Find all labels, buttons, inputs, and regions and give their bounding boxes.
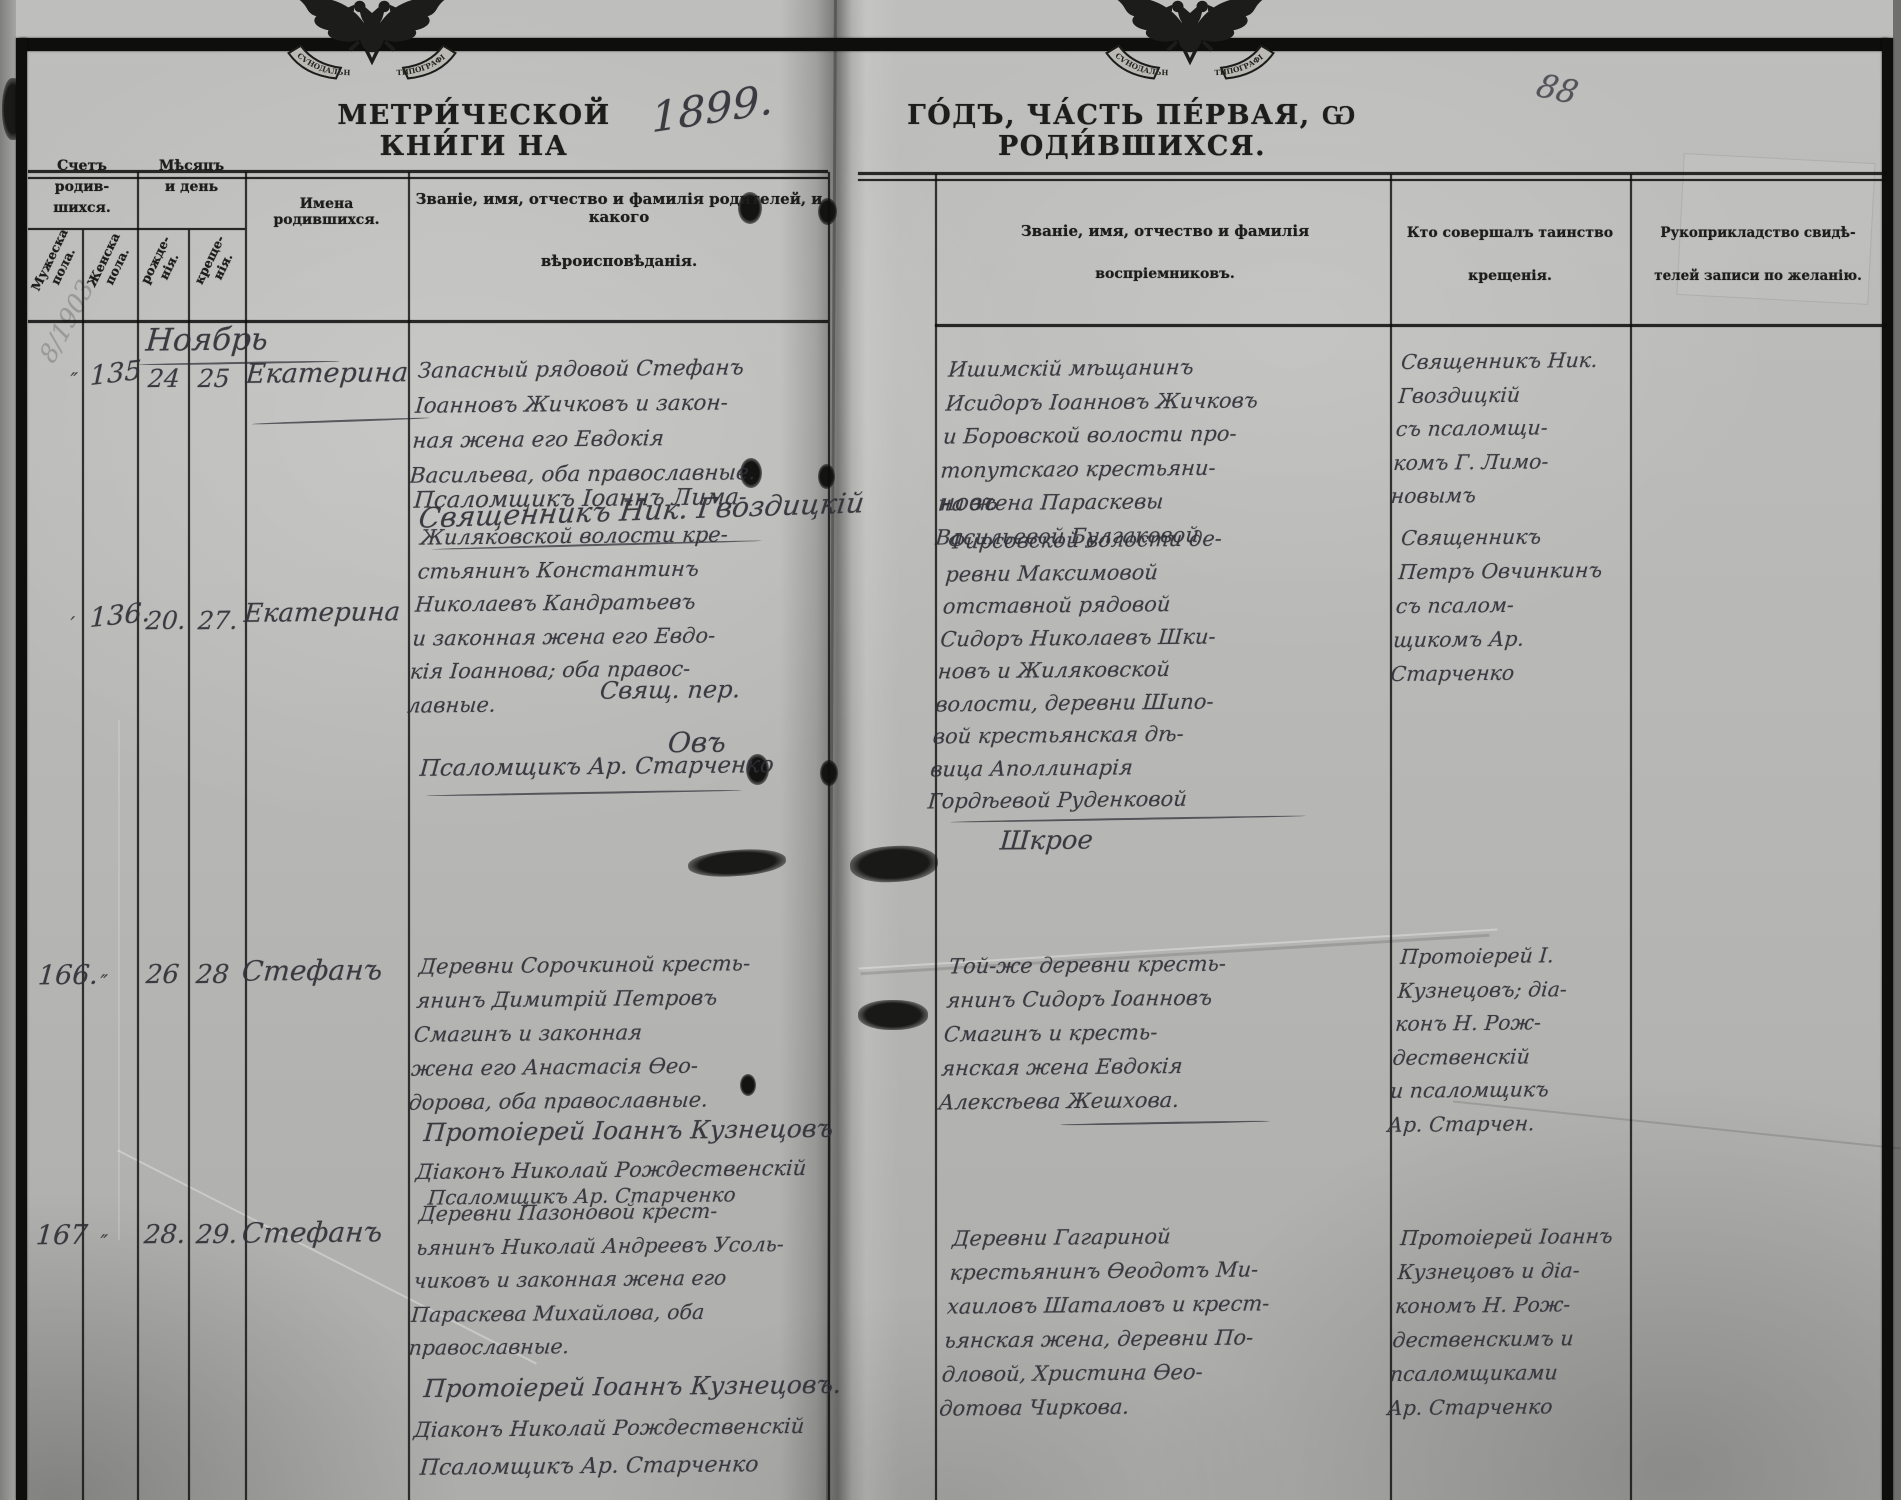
year-handwritten: 1899. [651, 75, 773, 142]
column-rule [1630, 174, 1632, 1500]
header-bottom-rule [935, 324, 1886, 327]
ink-tear [687, 847, 787, 880]
child-name: Стефанъ [241, 953, 384, 987]
male-count: ″ [69, 368, 78, 392]
day-born: 20. [145, 606, 187, 635]
scan-edge-left [0, 0, 16, 1500]
female-count: ″ [99, 970, 108, 994]
header-count-female: Женска пола. [80, 222, 140, 303]
male-count: 167 [35, 1220, 89, 1252]
godparents-flourish [1060, 1120, 1270, 1126]
column-rule [82, 230, 84, 1500]
page-title-right: ГО́ДЪ, ЧА́СТЬ ПЕ́РВАЯ, Ѡ РОДИ́ВШИХСЯ. [818, 100, 1446, 162]
scan-edge-right [1893, 0, 1901, 1500]
header-day-born: рожде- нія. [133, 224, 192, 302]
day-baptized: 25 [197, 364, 231, 393]
table-top-rule [858, 172, 1886, 175]
day-baptized: 27. [197, 606, 239, 635]
paper-crease [118, 720, 120, 1240]
day-born: 26 [145, 960, 180, 990]
parents-entry: Запасный рядовой Стефанъ Іоанновъ Жичков… [408, 350, 765, 494]
day-born: 28. [143, 1220, 187, 1250]
page-title-left: МЕТРИ́ЧЕСКОЙ КНИ́ГИ НА [288, 100, 660, 162]
clergy-signature: Протоіерей Іоаннъ Кузнецовъ. [423, 1370, 843, 1403]
header-godparents-line2: воспріемниковъ. [940, 266, 1390, 282]
column-rule [188, 230, 190, 1500]
clergy-signature-2: Діаконъ Николай Рождественскій [415, 1156, 807, 1184]
column-rule [408, 172, 410, 1500]
left-page-edge-rule [828, 172, 830, 1500]
godparents-entry: Фирсовской волости де- ревни Максимовой … [927, 523, 1228, 818]
name-flourish [252, 417, 430, 425]
officiant-entry: Протоіерей Іоаннъ Кузнецовъ и діа- коном… [1386, 1219, 1614, 1425]
female-count: 135 [89, 355, 142, 392]
header-officiant-line1: Кто совершалъ таинство [1392, 225, 1628, 241]
officiant-entry: Протоіерей І. Кузнецовъ; діа- конъ Н. Ро… [1386, 939, 1571, 1142]
table-top-rule-2 [858, 179, 1886, 181]
godparents-continuation: новъ [939, 490, 999, 517]
metrical-book-scan: СѴНОДАЛЬНОЙ ТИПОГРАФІИ СѴНОДАЛЬНОЙ ТИПОГ… [0, 0, 1901, 1500]
officiant-entry: Священникъ Петръ Овчинкинъ съ псалом- щи… [1389, 519, 1606, 691]
header-witness-line1: Рукоприкладство свидѣ- [1633, 225, 1883, 241]
parents-entry: Деревни Сорочкиной кресть- янинъ Димитрі… [407, 946, 751, 1119]
synodal-printing-house-eagle-icon: СѴНОДАЛЬНОЙ ТИПОГРАФІИ [1100, 0, 1280, 112]
right-page-edge-rule [935, 174, 937, 1500]
header-witness-line2: телей записи по желанію. [1633, 268, 1883, 284]
binding-hole [818, 464, 835, 489]
female-count: 136. [89, 597, 151, 634]
child-name: Екатерина [245, 357, 410, 390]
header-names: Имена родившихся. [245, 196, 408, 228]
day-born: 24 [147, 364, 181, 393]
folio-number: 88 [1532, 66, 1583, 112]
day-baptized: 28 [195, 960, 230, 990]
child-name: Екатерина [243, 597, 402, 629]
clergy-signature-3: Псаломщикъ Ар. Старченко [419, 1452, 760, 1481]
clergy-signature: Протоіерей Іоаннъ Кузнецовъ [423, 1114, 835, 1147]
signature-flourish [426, 789, 742, 797]
male-count: ′ [69, 612, 75, 636]
godparents-entry: Той-же деревни кресть- янинъ Сидоръ Іоан… [937, 947, 1227, 1120]
clergy-signature-3: Псаломщикъ Ар. Старченко [419, 752, 775, 782]
header-parents-line1: Званіе, имя, отчество и фамилія родителе… [410, 190, 828, 226]
header-count-group: Счетъ родив- шихся. [28, 156, 136, 219]
header-day-baptized: креще- нія. [187, 224, 246, 302]
month-heading: Ноябрь [145, 321, 270, 358]
header-month-group: Мѣсяцъ и день [139, 156, 244, 198]
child-name: Стефанъ [241, 1215, 384, 1249]
synodal-printing-house-eagle-icon: СѴНОДАЛЬНОЙ ТИПОГРАФІИ [282, 0, 462, 112]
header-officiant-line2: крещенія. [1392, 268, 1628, 284]
parents-entry: Деревни Пазоновой крест- ьянинъ Николай … [407, 1194, 787, 1365]
binding-hole [740, 1074, 756, 1096]
header-parents-line2: вѣроисповѣданія. [410, 252, 828, 270]
header-godparents-line1: Званіе, имя, отчество и фамилія [940, 222, 1390, 240]
female-count: ″ [99, 1230, 108, 1254]
clergy-signature-2: Діаконъ Николай Рождественскій [413, 1414, 805, 1442]
paper-tear [858, 1000, 928, 1030]
godparents-signature: Шкрое [999, 826, 1094, 857]
godparents-entry: Деревни Гагариной крестьянинъ Ѳеодотъ Ми… [938, 1218, 1276, 1425]
male-count: 166. [37, 960, 100, 992]
clergy-signature: Свящ. пер. [599, 675, 741, 704]
day-baptized: 29. [195, 1220, 239, 1250]
column-rule [1390, 174, 1392, 1500]
clergy-continuation: Псаломщикъ Іоаннъ Лима- [413, 484, 748, 513]
frame-left-rule [16, 38, 27, 1500]
frame-right-rule [1882, 38, 1893, 1500]
officiant-entry: Священникъ Ник. Гвоздицкій съ псаломщи- … [1389, 344, 1598, 514]
